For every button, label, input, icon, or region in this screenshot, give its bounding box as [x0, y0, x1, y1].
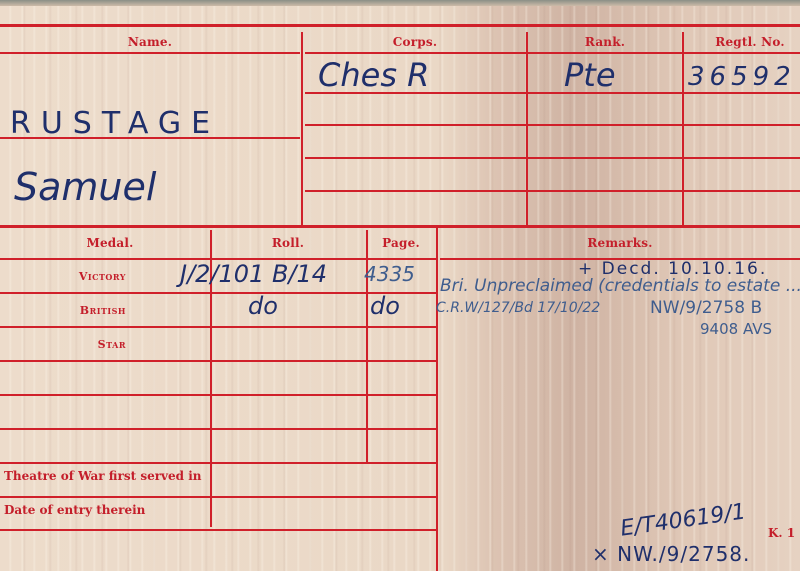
roll-british: do	[248, 292, 278, 320]
remarks-header: Remarks.	[560, 236, 680, 250]
medal-victory: Victory	[30, 270, 126, 283]
rule	[0, 496, 436, 498]
remarks-line-5: 9408 AVS	[700, 320, 772, 338]
rule	[305, 157, 800, 159]
rule	[301, 32, 303, 226]
medal-index-card: Name. Corps. Rank. Regtl. No. RUSTAGE Sa…	[0, 0, 800, 571]
form-code: K. 1	[768, 526, 795, 540]
rule	[0, 326, 436, 328]
rule	[0, 360, 436, 362]
remarks-line-3: C.R.W/127/Bd 17/10/22	[436, 300, 600, 316]
theatre-label: Theatre of War first served in	[4, 469, 202, 483]
page-victory: 4335	[364, 262, 415, 286]
rule	[526, 32, 528, 226]
medal-british: British	[30, 304, 126, 317]
rule	[0, 24, 800, 27]
remarks-line-2: Bri. Unpreclaimed (credentials to estate…	[440, 276, 800, 296]
medal-star: Star	[30, 338, 126, 351]
rule	[0, 529, 436, 531]
rule	[436, 228, 438, 571]
roll-header: Roll.	[238, 236, 338, 250]
rule	[305, 124, 800, 126]
name-header: Name.	[100, 35, 200, 49]
surname: RUSTAGE	[10, 106, 220, 141]
card-top-edge	[0, 0, 800, 6]
rule	[682, 32, 684, 226]
rule	[305, 52, 800, 54]
regtl-no-value: 36592	[688, 62, 796, 92]
footer-note-reference: E/T40619/1	[619, 499, 747, 541]
rule	[0, 462, 436, 464]
corps-value: Ches R	[318, 56, 429, 94]
page-british: do	[370, 292, 400, 320]
rule	[0, 394, 436, 396]
corps-header: Corps.	[365, 35, 465, 49]
rule	[0, 428, 436, 430]
rank-header: Rank.	[555, 35, 655, 49]
forename: Samuel	[14, 165, 156, 209]
rank-value: Pte	[564, 56, 616, 94]
date-of-entry-label: Date of entry therein	[4, 503, 145, 517]
rule	[0, 52, 300, 54]
medal-header: Medal.	[60, 236, 160, 250]
rule	[305, 190, 800, 192]
footer-note-nw: × NW./9/2758.	[592, 542, 750, 566]
roll-victory: J/2/101 B/14	[180, 260, 327, 288]
regtl-no-header: Regtl. No.	[700, 35, 800, 49]
remarks-line-4: NW/9/2758 B	[650, 298, 762, 318]
rule	[0, 225, 800, 228]
page-header: Page.	[360, 236, 442, 250]
